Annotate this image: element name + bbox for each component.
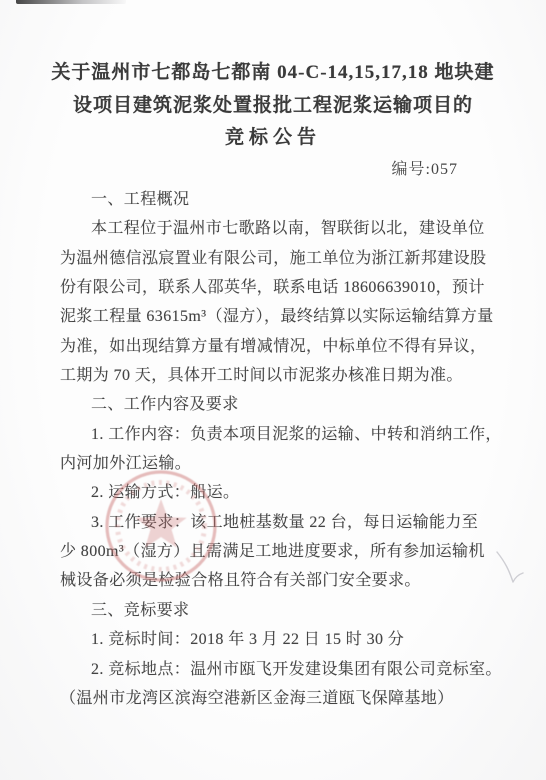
red-official-seal [102,467,220,585]
seal-star-icon [135,499,186,548]
text-line: 为温州德信泓宸置业有限公司，施工单位为浙江新邦建设股 [60,244,500,273]
text-line: 一、工程概况 [60,185,500,214]
document-number: 编号:057 [392,156,458,179]
scanned-document-page: 关于温州市七都岛七都南 04-C-14,15,17,18 地块建 设项目建筑泥浆… [0,0,546,780]
title-line: 竞标公告 [36,122,510,155]
text-line: 1. 工作内容：负责本项目泥浆的运输、中转和消纳工作， [60,420,500,449]
text-line: （温州市龙湾区滨海空港新区金海三道瓯飞保障基地） [60,684,500,713]
text-line: 本工程位于温州市七歌路以南，智联街以北，建设单位 [60,214,500,243]
document-title: 关于温州市七都岛七都南 04-C-14,15,17,18 地块建 设项目建筑泥浆… [36,57,510,155]
text-line: 2. 竞标地点：温州市瓯飞开发建设集团有限公司竞标室。 [60,655,500,684]
text-line: 二、工作内容及要求 [60,390,500,419]
scan-edge-smudge [16,0,126,4]
text-line: 为准，如出现结算方量有增减情况，中标单位不得有异议， [60,332,500,361]
text-line: 工期为 70 天，具体开工时间以市泥浆办核准日期为准。 [60,361,500,390]
text-line: 泥浆工程量 63615m³（湿方），最终结算以实际运输结算方量 [60,302,500,331]
title-line: 关于温州市七都岛七都南 04-C-14,15,17,18 地块建 [36,57,510,90]
title-line: 设项目建筑泥浆处置报批工程泥浆运输项目的 [36,90,510,123]
text-line: 三、竞标要求 [60,596,500,625]
pencil-scribble-mark [493,550,525,594]
document-body-lines: 一、工程概况本工程位于温州市七歌路以南，智联街以北，建设单位为温州德信泓宸置业有… [60,185,500,713]
text-line: 份有限公司，联系人邵英华，联系电话 18606639010，预计 [60,273,500,302]
text-line: 1. 竞标时间：2018 年 3 月 22 日 15 时 30 分 [60,625,500,654]
